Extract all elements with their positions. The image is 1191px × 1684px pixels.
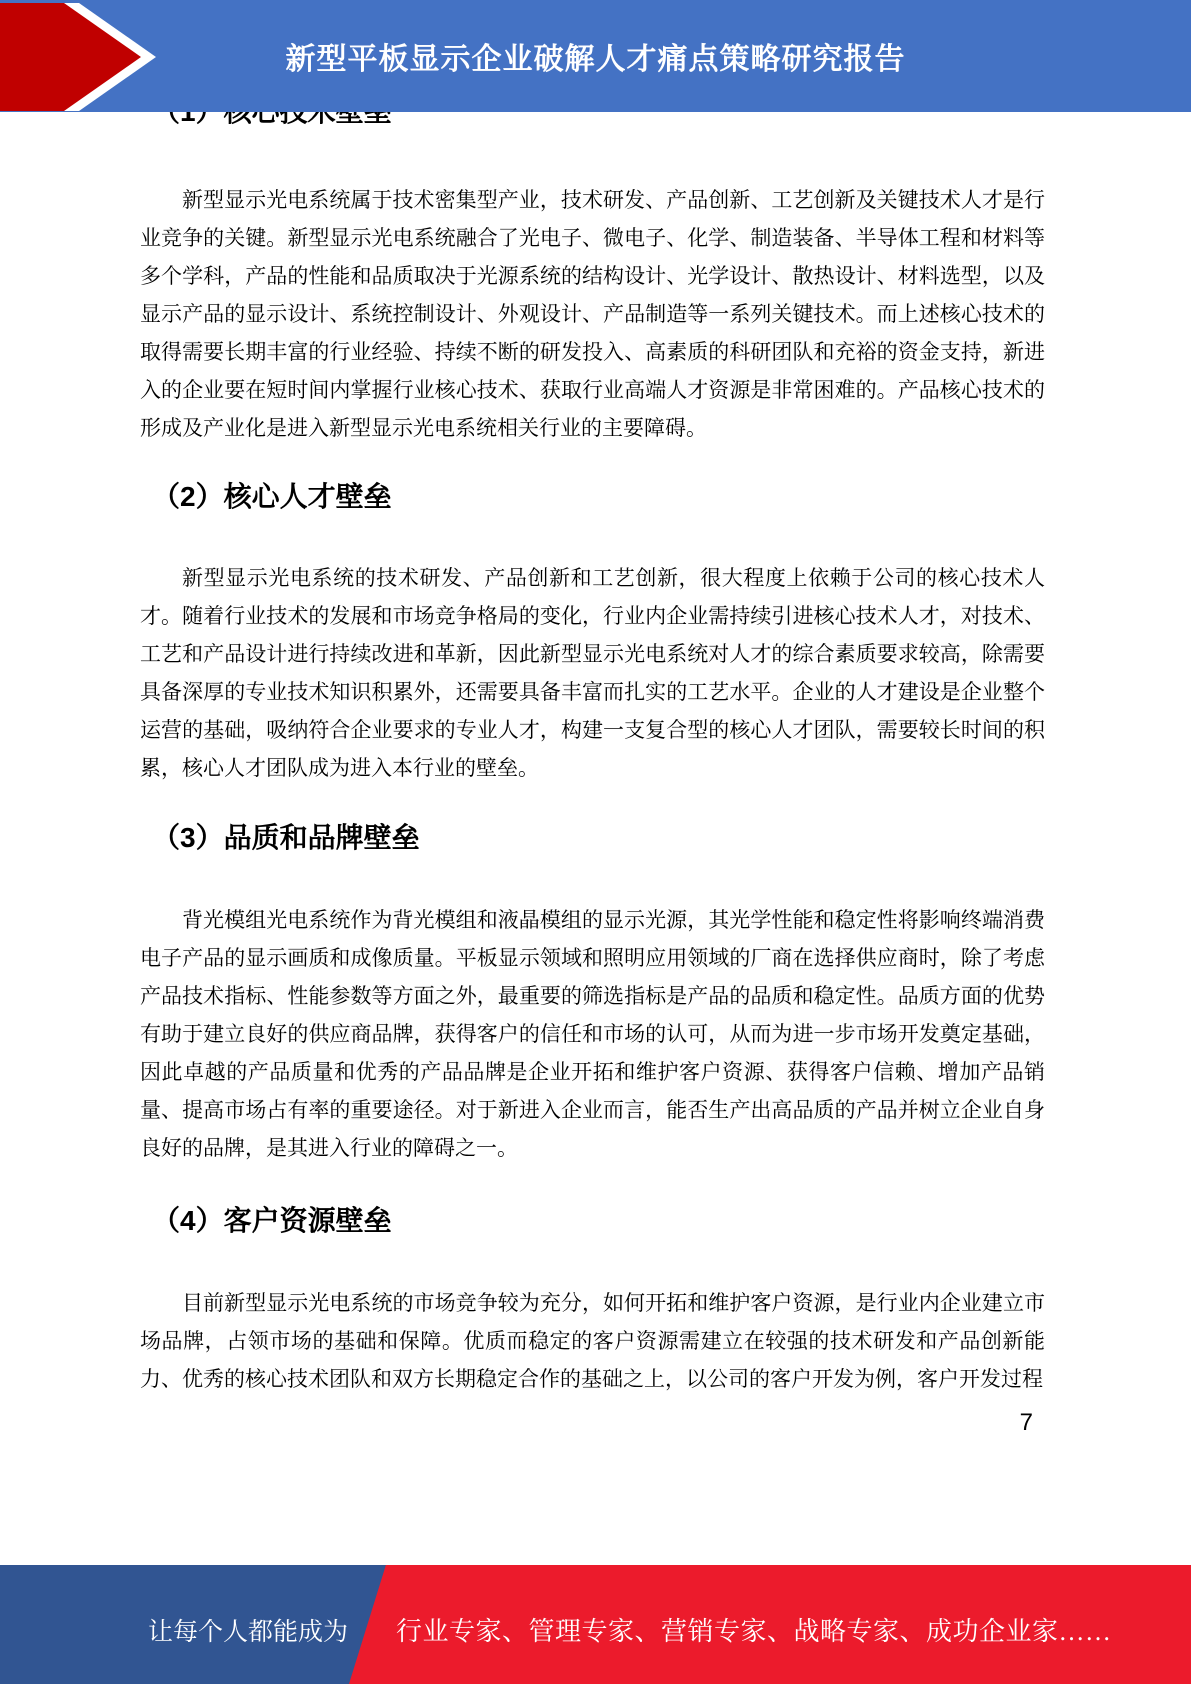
page-footer: 让每个人都能成为 行业专家、管理专家、营销专家、战略专家、成功企业家…… bbox=[0, 1565, 1191, 1684]
footer-slogan-right: 行业专家、管理专家、营销专家、战略专家、成功企业家…… bbox=[396, 1565, 1112, 1684]
page-header-banner: 新型平板显示企业破解人才痛点策略研究报告 bbox=[0, 0, 1191, 112]
subsection-heading-customer-resources: （4）客户资源壁垒 bbox=[140, 1201, 1191, 1241]
report-page: 新型平板显示企业破解人才痛点策略研究报告 2.2.5行业主要壁垒 （1）核心技术… bbox=[0, 0, 1191, 1684]
subsection-body-core-technology: 新型显示光电系统属于技术密集型产业，技术研发、产品创新、工艺创新及关键技术人才是… bbox=[140, 181, 1045, 447]
subsection-body-core-talent: 新型显示光电系统的技术研发、产品创新和工艺创新，很大程度上依赖于公司的核心技术人… bbox=[140, 559, 1045, 787]
subsection-heading-core-talent: （2）核心人才壁垒 bbox=[140, 477, 1191, 517]
subsection-body-quality-brand: 背光模组光电系统作为背光模组和液晶模组的显示光源，其光学性能和稳定性将影响终端消… bbox=[140, 901, 1045, 1167]
subsection-body-customer-resources: 目前新型显示光电系统的市场竞争较为充分，如何开拓和维护客户资源，是行业内企业建立… bbox=[140, 1284, 1045, 1398]
report-title: 新型平板显示企业破解人才痛点策略研究报告 bbox=[0, 0, 1191, 112]
subsection-heading-quality-brand: （3）品质和品牌壁垒 bbox=[140, 818, 1191, 858]
page-number: 7 bbox=[140, 1408, 1033, 1438]
footer-slogan-left: 让每个人都能成为 bbox=[0, 1565, 348, 1684]
